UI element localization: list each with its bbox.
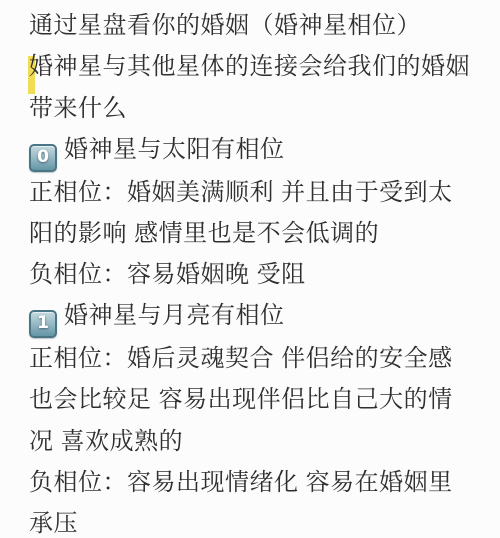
section-0-heading: 0婚神星与太阳有相位 — [29, 129, 476, 172]
section-1-positive: 正相位：婚后灵魂契合 伴侣给的安全感也会比较足 容易出现伴侣比自己大的情况 喜欢… — [29, 338, 476, 462]
article: 通过星盘看你的婚姻（婚神星相位） 婚神星与其他星体的连接会给我们的婚姻带来什么 … — [0, 0, 500, 538]
section-1-negative: 负相位：容易出现情绪化 容易在婚姻里承压 — [29, 462, 476, 538]
section-0-positive: 正相位：婚姻美满顺利 并且由于受到太阳的影响 感情里也是不会低调的 — [29, 172, 476, 255]
section-0-heading-text: 婚神星与太阳有相位 — [64, 136, 285, 163]
keycap-0-icon: 0 — [29, 144, 57, 172]
section-1-heading-text: 婚神星与月亮有相位 — [64, 302, 285, 329]
article-title: 通过星盘看你的婚姻（婚神星相位） — [29, 5, 476, 46]
section-0-negative: 负相位：容易婚姻晚 受阻 — [29, 254, 476, 295]
section-1-heading: 1婚神星与月亮有相位 — [29, 295, 476, 338]
keycap-1-icon: 1 — [29, 310, 57, 338]
article-intro: 婚神星与其他星体的连接会给我们的婚姻带来什么 — [29, 46, 476, 129]
